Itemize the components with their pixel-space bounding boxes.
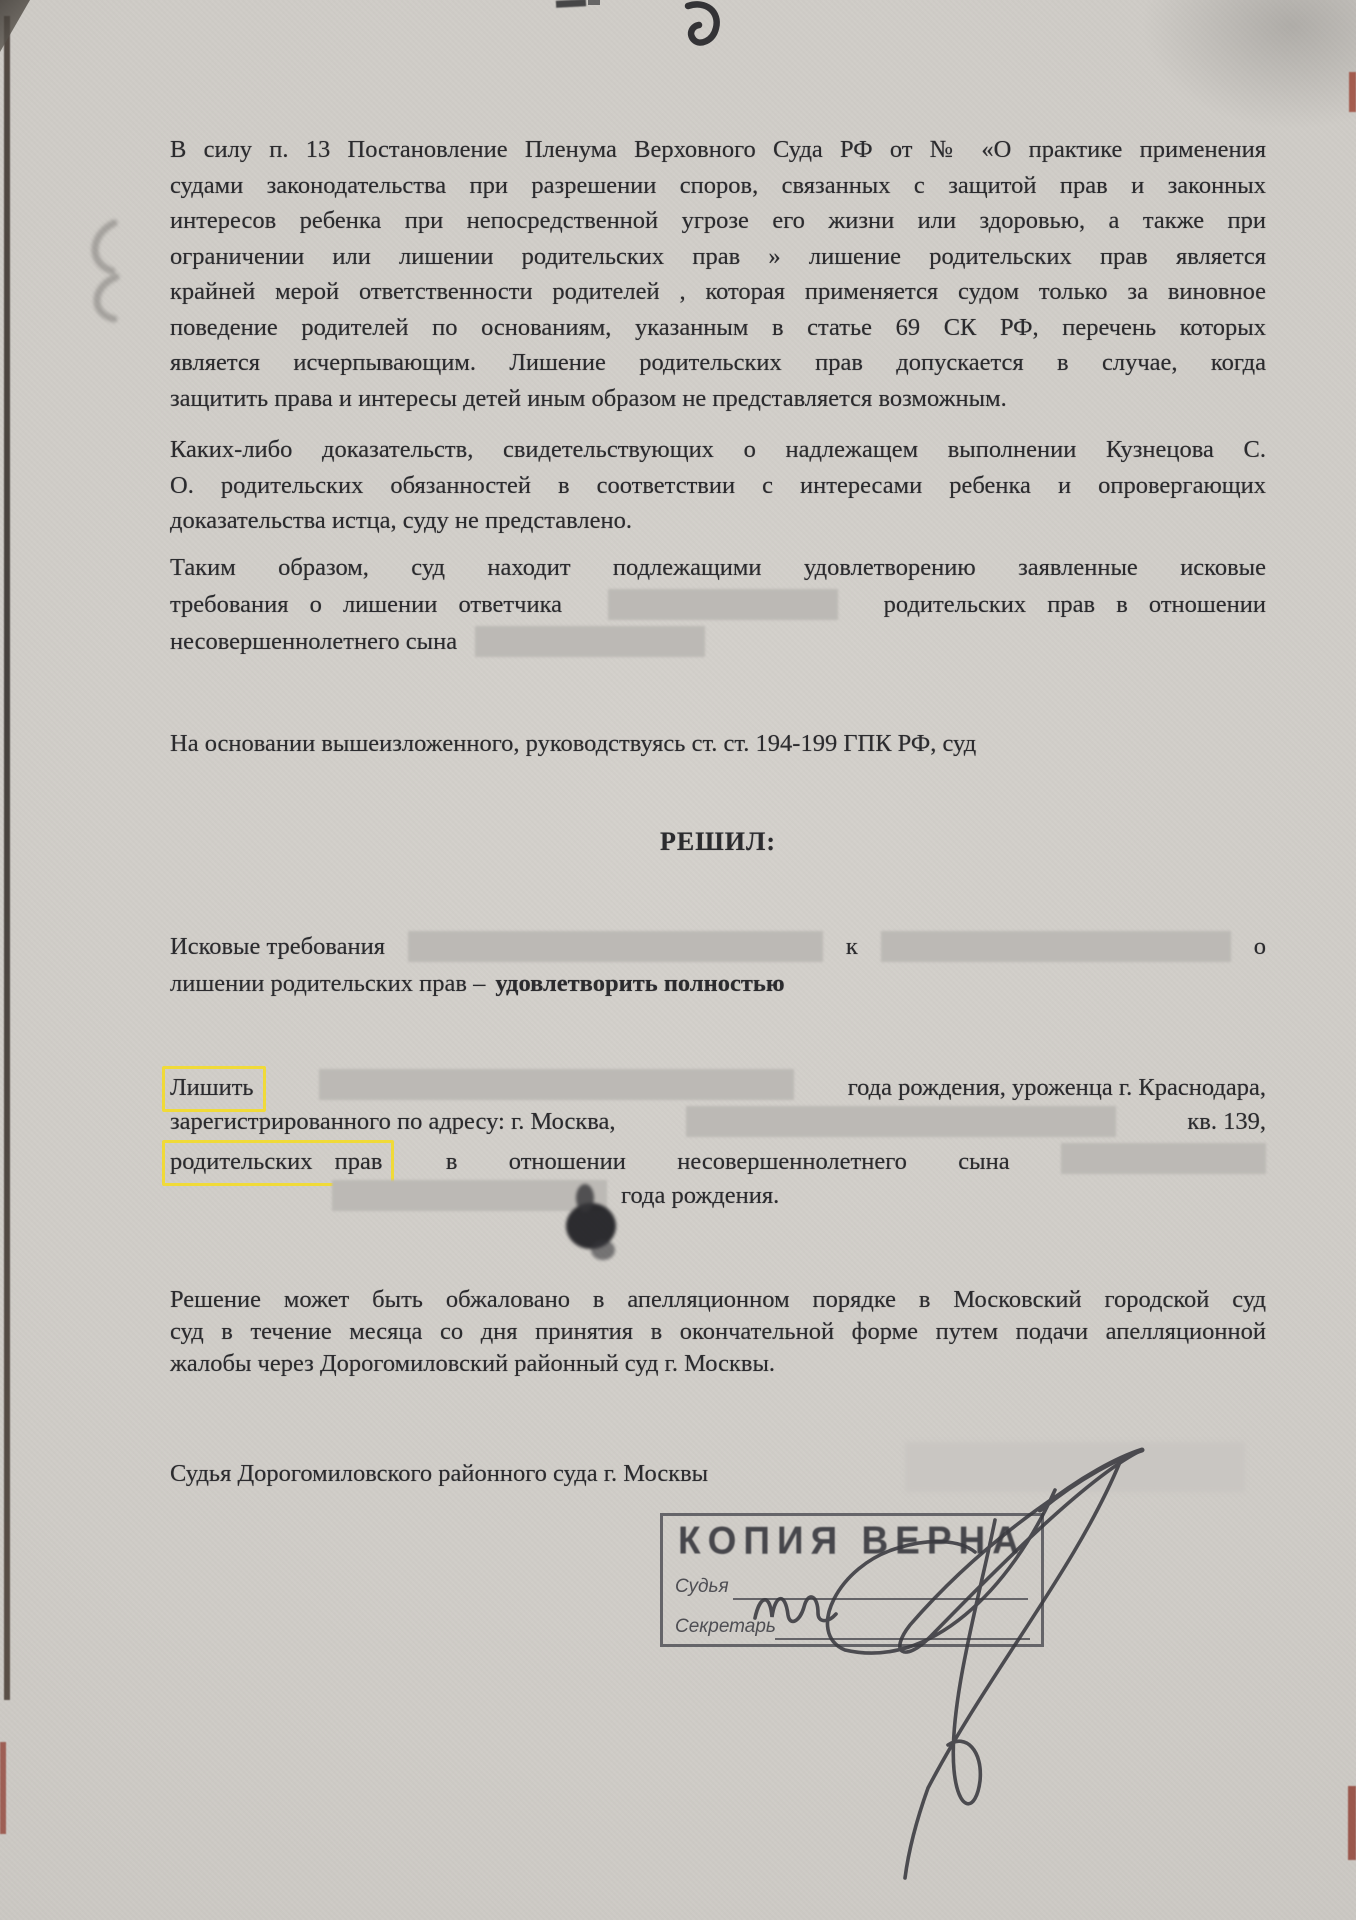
- text-line: В силу п. 13 Постановление Пленума Верхо…: [170, 132, 1266, 168]
- text-line: Решение может быть обжаловано в апелляци…: [170, 1284, 1266, 1316]
- stamp-secretary-rule: [775, 1638, 1030, 1640]
- text-line: ограничении или лишении родительских пра…: [170, 239, 1266, 275]
- heading-text: РЕШИЛ:: [170, 824, 1266, 860]
- judge-line-text: Судья Дорогомиловского районного суда г.…: [170, 1456, 1266, 1492]
- text-fragment: несовершеннолетнего: [677, 1143, 907, 1180]
- text-fragment: о: [1254, 928, 1266, 965]
- copy-stamp: КОПИЯ ВЕРНА Судья Секретарь: [660, 1513, 1044, 1647]
- redaction-block: [608, 589, 838, 620]
- text-fragment: несовершеннолетнего сына: [170, 623, 457, 660]
- text-line: является исчерпывающим. Лишение родитель…: [170, 345, 1266, 381]
- text-fragment: Исковые требования: [170, 928, 385, 965]
- text-fragment: родительских прав в отношении: [884, 586, 1266, 623]
- text-fragment: года рождения, уроженца г. Краснодара,: [848, 1069, 1266, 1106]
- redaction-block: [1061, 1143, 1266, 1174]
- paragraph-court-finds: Таким образом, суд находит подлежащими у…: [170, 550, 1266, 660]
- redaction-block: [408, 931, 823, 962]
- redaction-block: [475, 626, 705, 657]
- resolution-heading: РЕШИЛ:: [170, 824, 1266, 860]
- text-line-redacted: зарегистрированного по адресу: г. Москва…: [170, 1103, 1266, 1140]
- text-fragment: кв. 139,: [1187, 1103, 1266, 1140]
- text-fragment: требования о лишении ответчика: [170, 586, 562, 623]
- text-line: интересов ребенка при непосредственной у…: [170, 203, 1266, 239]
- text-line-redacted: Исковые требования к о: [170, 928, 1266, 965]
- text-line: лишении родительских прав – удовлетворит…: [170, 965, 1266, 1002]
- scan-artifact-right-red-mark-bottom: [1348, 1786, 1356, 1860]
- text-fragment: сына: [958, 1143, 1009, 1180]
- text-line: О. родительских обязанностей в соответст…: [170, 468, 1266, 504]
- scan-artifact-left-edge: [4, 16, 10, 1700]
- paragraph-deprivation-order: Лишить года рождения, уроженца г. Красно…: [170, 1066, 1266, 1214]
- text-line-redacted: родительских прав в отношении несовершен…: [170, 1140, 1266, 1177]
- scanned-court-document: { "colors":{"paper":"#d0cdc8","ink":"#2b…: [0, 0, 1356, 1920]
- text-line: поведение родителей по основаниям, указа…: [170, 310, 1266, 346]
- text-line-redacted: несовершеннолетнего сына: [170, 623, 1266, 660]
- text-line-redacted: требования о лишении ответчика родительс…: [170, 586, 1266, 623]
- text-line: жалобы через Дорогомиловский районный су…: [170, 1348, 1266, 1380]
- text-fragment: года рождения.: [621, 1177, 779, 1214]
- text-fragment: к: [846, 928, 858, 965]
- pen-mark-top: [672, 0, 732, 54]
- text-line: доказательства истца, суду не представле…: [170, 503, 1266, 539]
- stamp-judge-rule: [733, 1598, 1028, 1600]
- text-line-redacted: Лишить года рождения, уроженца г. Красно…: [170, 1066, 1266, 1103]
- scan-artifact-top-left-corner: [0, 0, 30, 52]
- scan-artifact-top-dash: [556, 0, 586, 8]
- scan-artifact-top-right-smudge: [1140, 0, 1356, 130]
- paragraph-no-evidence: Каких-либо доказательств, свидетельствую…: [170, 432, 1266, 539]
- text-fragment: в: [446, 1143, 458, 1180]
- text-fragment: лишении родительских прав –: [170, 965, 485, 1002]
- text-line: суд в течение месяца со дня принятия в о…: [170, 1316, 1266, 1348]
- text-line: Таким образом, суд находит подлежащими у…: [170, 550, 1266, 586]
- stamp-secretary-label: Секретарь: [675, 1616, 776, 1638]
- paragraph-plenum-basis: В силу п. 13 Постановление Пленума Верхо…: [170, 132, 1266, 416]
- text-fragment-bold: удовлетворить полностью: [495, 965, 784, 1002]
- stamp-title: КОПИЯ ВЕРНА: [663, 1519, 1041, 1564]
- text-fragment: отношении: [509, 1143, 626, 1180]
- paragraph-legal-basis: На основании вышеизложенного, руководств…: [170, 726, 1266, 762]
- redaction-block: [332, 1180, 607, 1211]
- scan-artifact-left-red-mark-bottom: [0, 1742, 6, 1834]
- text-line-redacted: года рождения.: [170, 1177, 1266, 1214]
- text-line: Каких-либо доказательств, свидетельствую…: [170, 432, 1266, 468]
- text-line: судами законодательства при разрешении с…: [170, 168, 1266, 204]
- stamp-judge-label: Судья: [675, 1576, 729, 1598]
- judge-signature-row: Судья Дорогомиловского районного суда г.…: [170, 1456, 1266, 1492]
- scan-artifact-right-red-mark-top: [1349, 72, 1356, 112]
- text-line: защитить права и интересы детей иным обр…: [170, 381, 1266, 417]
- text-line: На основании вышеизложенного, руководств…: [170, 726, 1266, 762]
- paragraph-claims: Исковые требования к о лишении родительс…: [170, 928, 1266, 1002]
- redaction-block: [686, 1106, 1116, 1137]
- scan-artifact-top-dash-small: [588, 0, 600, 5]
- text-fragment: зарегистрированного по адресу: г. Москва…: [170, 1103, 616, 1140]
- redaction-block: [319, 1069, 794, 1100]
- paragraph-appeal: Решение может быть обжаловано в апелляци…: [170, 1284, 1266, 1380]
- text-line: крайней мерой ответственности родителей …: [170, 274, 1266, 310]
- scan-smudge-arcs: [80, 215, 144, 327]
- redaction-block: [881, 931, 1231, 962]
